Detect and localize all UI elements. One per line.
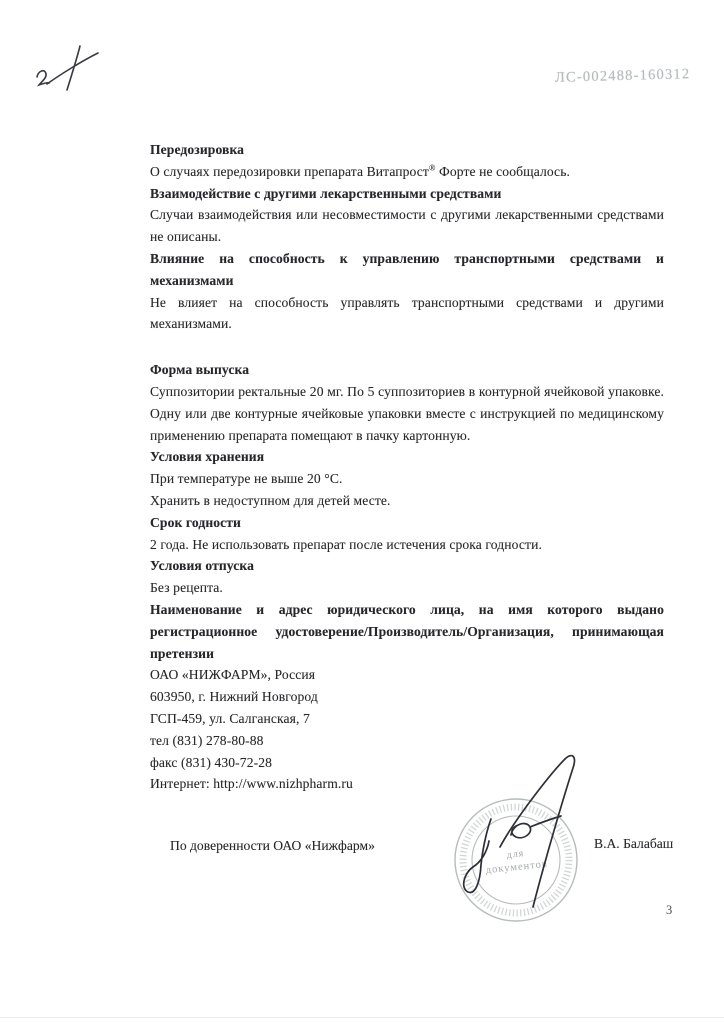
- stamp-and-signature: для документов: [430, 733, 614, 933]
- paragraph: 2 года. Не использовать препарат после и…: [150, 534, 664, 556]
- section-heading: Влияние на способность к управлению тран…: [150, 248, 664, 292]
- paragraph: ОАО «НИЖФАРМ», Россия: [150, 664, 664, 686]
- section-heading: Условия хранения: [150, 446, 664, 468]
- section-heading: Взаимодействие с другими лекарственными …: [150, 183, 664, 205]
- paragraph: Без рецепта.: [150, 577, 664, 599]
- section-heading: Передозировка: [150, 139, 664, 161]
- section-heading: Срок годности: [150, 512, 664, 534]
- paragraph: Не влияет на способность управлять транс…: [150, 292, 664, 336]
- paragraph: Случаи взаимодействия или несовместимост…: [150, 204, 664, 248]
- stamp-text-line2: документов: [485, 859, 548, 876]
- paragraph: О случаях передозировки препарата Витапр…: [150, 161, 664, 183]
- paragraph: При температуре не выше 20 °С.: [150, 468, 664, 490]
- section-heading: Наименование и адрес юридического лица, …: [150, 599, 664, 664]
- page-number: 3: [666, 903, 672, 918]
- paragraph: ГСП-459, ул. Салганская, 7: [150, 708, 664, 730]
- handwritten-mark: [28, 40, 112, 98]
- stamp-text-line1: для: [506, 848, 525, 861]
- paragraph: Хранить в недоступном для детей месте.: [150, 490, 664, 512]
- scanned-document-page: ЛС-002488-160312 ПередозировкаО случаях …: [0, 0, 724, 1024]
- section-heading: Форма выпуска: [150, 359, 664, 381]
- paragraph: 603950, г. Нижний Новгород: [150, 686, 664, 708]
- paragraph: Суппозитории ректальные 20 мг. По 5 супп…: [150, 381, 664, 446]
- registered-trademark-symbol: ®: [429, 162, 436, 172]
- registration-number: ЛС-002488-160312: [554, 66, 690, 87]
- signer-name: В.А. Балабаш: [594, 836, 673, 852]
- attorney-line: По доверенности ОАО «Нижфарм»: [170, 838, 375, 854]
- section-heading: Условия отпуска: [150, 555, 664, 577]
- document-body: ПередозировкаО случаях передозировки пре…: [150, 139, 664, 795]
- scan-edge-artifact: [0, 1017, 724, 1018]
